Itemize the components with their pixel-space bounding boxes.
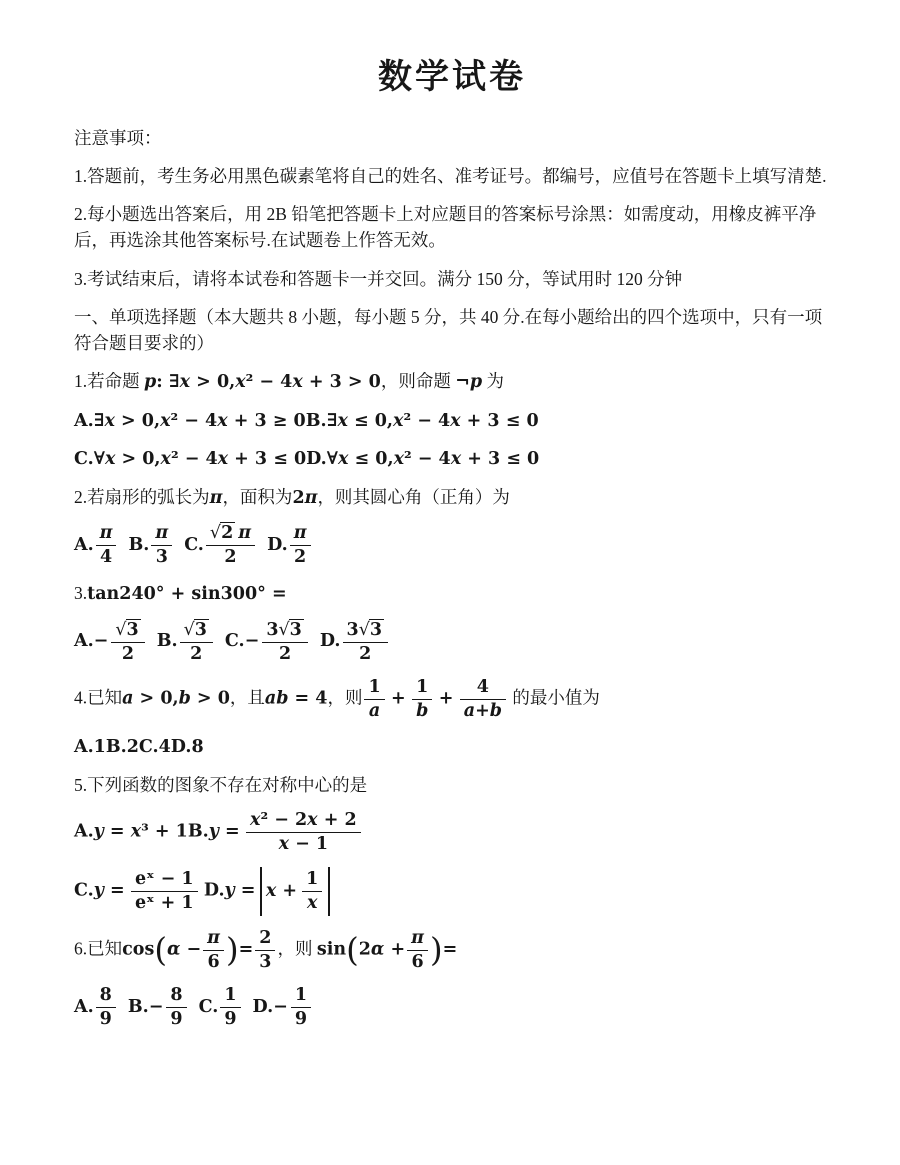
option-label: A.: [74, 997, 94, 1017]
minus-sign: −: [273, 997, 288, 1017]
q2-option-c: C.√2π2: [184, 534, 257, 554]
option-label: A.: [74, 535, 94, 555]
denominator: 2: [180, 643, 213, 665]
fraction: π6: [203, 928, 224, 973]
minus-sign: −: [245, 631, 260, 651]
q2-stem-text-post: ，则其圆心角（正角）为: [317, 487, 510, 507]
denominator: eˣ + 1: [131, 892, 197, 914]
q6-stem-text-mid: ，则: [277, 939, 312, 959]
q2-option-a: A.π4: [74, 534, 118, 554]
fraction: 1b: [412, 677, 432, 722]
abs-text: x +: [266, 878, 297, 904]
q1-stem-text: 1.若命题: [74, 371, 140, 391]
notice-item-2: 2.每小题选出答案后，用 2B 铅笔把答题卡上对应题目的答案标号涂黑：如需度动，…: [74, 201, 830, 254]
option-label: D.: [253, 997, 274, 1017]
radicand: 3: [126, 619, 141, 640]
denominator: 9: [166, 1008, 186, 1030]
q3-option-a: A.−√32: [74, 630, 147, 650]
numerator: 8: [96, 985, 116, 1008]
numerator: x² − 2x + 2: [246, 810, 361, 833]
fraction: 19: [220, 985, 240, 1030]
denominator: b: [412, 700, 432, 722]
numerator: √3: [180, 620, 213, 643]
numerator-text: 3: [266, 620, 278, 640]
numerator: π: [151, 523, 172, 546]
q2-stem-pi: π: [210, 488, 223, 508]
denominator: 3: [255, 951, 275, 973]
question-5-options-ab: A.y = x³ + 1B.y = x² − 2x + 2x − 1: [74, 810, 830, 855]
minus-sign: −: [94, 631, 109, 651]
denominator: 3: [151, 546, 172, 568]
numerator: 4: [460, 677, 506, 700]
question-5-stem: 5.下列函数的图象不存在对称中心的是: [74, 772, 830, 798]
section-1-heading: 一、单项选择题（本大题共 8 小题，每小题 5 分，共 40 分.在每小题给出的…: [74, 304, 830, 357]
q2-stem-text-mid: ，面积为: [222, 487, 292, 507]
q3-stem-formula: tan240° + sin300° =: [87, 584, 287, 604]
option-label: D.: [267, 535, 288, 555]
q4-stem-conditions: a > 0,b > 0: [122, 688, 230, 708]
denominator: 9: [220, 1008, 240, 1030]
denominator: 2: [290, 546, 311, 568]
q2-stem-2pi: 2π: [292, 488, 317, 508]
option-label: C.: [184, 535, 204, 555]
exam-title: 数学试卷: [74, 56, 830, 99]
fraction: eˣ − 1eˣ + 1: [131, 869, 197, 914]
fraction: 3√32: [262, 620, 308, 665]
option-label: B.: [157, 631, 178, 651]
numerator: √2π: [206, 523, 255, 546]
fraction: 89: [166, 985, 186, 1030]
fraction: 23: [255, 928, 275, 973]
denominator: 6: [203, 951, 224, 973]
q2-stem-text: 2.若扇形的弧长为: [74, 487, 210, 507]
q6-alpha-minus: α −: [167, 940, 201, 960]
question-4-options: A.1B.2C.4D.8: [74, 734, 830, 760]
denominator: 4: [96, 546, 117, 568]
radicand: 3: [194, 619, 209, 640]
left-paren: (: [346, 931, 359, 969]
question-5-options-cd: C.y = eˣ − 1eˣ + 1 D.y = x +1x: [74, 867, 830, 916]
denominator: a+b: [460, 700, 506, 722]
fraction: 1a: [364, 677, 384, 722]
numerator: 2: [255, 928, 275, 951]
denominator: 2: [111, 643, 144, 665]
denominator: x − 1: [246, 833, 361, 855]
plus-sign: +: [439, 688, 454, 708]
question-2-options: A.π4B.π3C.√2π2D.π2: [74, 523, 830, 568]
q4-stem-text-mid2: ，则: [327, 687, 362, 707]
question-6-stem: 6.已知cos(α −π6)=23，则 sin(2α +π6)=: [74, 928, 830, 973]
fraction: π6: [407, 928, 428, 973]
numerator: 1: [412, 677, 432, 700]
option-label: C.: [225, 631, 245, 651]
fraction: π3: [151, 523, 172, 568]
radical-sign: √: [115, 620, 126, 640]
q1-stem-text-post: 为: [487, 371, 505, 391]
numerator: 3√3: [262, 620, 308, 643]
option-label: C.: [199, 997, 219, 1017]
q3-option-b: B.√32: [157, 630, 215, 650]
right-paren: ): [226, 931, 239, 969]
fraction: √2π2: [206, 523, 255, 568]
denominator: 9: [291, 1008, 311, 1030]
q3-option-c: C.−3√32: [225, 630, 310, 650]
numerator: π: [96, 523, 117, 546]
q5-options-ab-text: A.y = x³ + 1B.y =: [74, 822, 240, 842]
radicand: 3: [289, 619, 304, 640]
denominator: 2: [262, 643, 308, 665]
q3-stem-number: 3.: [74, 583, 87, 603]
plus-sign: +: [391, 688, 406, 708]
notice-item-3: 3.考试结束后，请将本试卷和答题卡一并交回。满分 150 分，等试用时 120 …: [74, 266, 830, 292]
exam-sheet: 数学试卷 注意事项： 1.答题前，考生务必用黑色碳素笔将自己的姓名、准考证号。都…: [0, 0, 900, 1030]
q1-stem-text-mid: ，则命题: [381, 371, 451, 391]
numerator: π: [290, 523, 311, 546]
numerator: eˣ − 1: [131, 869, 197, 892]
numerator: 8: [166, 985, 186, 1008]
radical-sign: √: [279, 620, 290, 640]
question-3-options: A.−√32B.√32C.−3√32D.3√32: [74, 620, 830, 665]
question-6-options: A.89B.−89C.19D.−19: [74, 985, 830, 1030]
numerator: 3√3: [343, 620, 389, 643]
q5-option-c-text: C.y =: [74, 881, 125, 901]
q6-2alpha-plus: 2α +: [359, 940, 405, 960]
q1-stem-formula: p: ∃x > 0,x² − 4x + 3 > 0: [144, 372, 381, 392]
q6-option-d: D.−19: [253, 996, 314, 1016]
fraction: 4a+b: [460, 677, 506, 722]
denominator: 2: [343, 643, 389, 665]
fraction: π2: [290, 523, 311, 568]
numerator: π: [203, 928, 224, 951]
question-2-stem: 2.若扇形的弧长为π，面积为2π，则其圆心角（正角）为: [74, 484, 830, 511]
fraction: 1x: [302, 869, 322, 914]
radicand: 2: [220, 522, 235, 543]
q2-option-d: D.π2: [267, 534, 312, 554]
numerator: 1: [291, 985, 311, 1008]
q2-option-b: B.π3: [128, 534, 174, 554]
q4-stem-text-mid1: ，且: [230, 687, 265, 707]
q6-option-a: A.89: [74, 996, 118, 1016]
q4-stem-ab: ab = 4: [265, 688, 328, 708]
question-1-options-ab: A.∃x > 0,x² − 4x + 3 ≥ 0B.∃x ≤ 0,x² − 4x…: [74, 408, 830, 434]
fraction: 89: [96, 985, 116, 1030]
q6-sin: sin: [317, 940, 346, 960]
numerator-text: π: [238, 523, 251, 543]
q5-option-d-text: D.y =: [204, 881, 256, 901]
numerator-text: 3: [347, 620, 359, 640]
minus-sign: −: [149, 997, 164, 1017]
left-paren: (: [154, 931, 167, 969]
radicand: 3: [369, 619, 384, 640]
numerator: √3: [111, 620, 144, 643]
option-label: B.: [128, 997, 149, 1017]
option-label: D.: [320, 631, 341, 651]
q4-stem-text-post: 的最小值为: [512, 687, 600, 707]
q6-option-b: B.−89: [128, 996, 189, 1016]
notice-heading: 注意事项：: [74, 125, 830, 151]
right-paren: ): [430, 931, 443, 969]
fraction: x² − 2x + 2x − 1: [246, 810, 361, 855]
q6-cos: cos: [122, 940, 154, 960]
denominator: 6: [407, 951, 428, 973]
denominator: x: [302, 892, 322, 914]
q1-stem-negation: ¬p: [455, 372, 482, 392]
q6-option-c: C.19: [199, 996, 243, 1016]
numerator: 1: [302, 869, 322, 892]
numerator: 1: [364, 677, 384, 700]
denominator: a: [364, 700, 384, 722]
denominator: 2: [206, 546, 255, 568]
numerator: 1: [220, 985, 240, 1008]
question-1-options-cd: C.∀x > 0,x² − 4x + 3 ≤ 0D.∀x ≤ 0,x² − 4x…: [74, 446, 830, 472]
fraction: 3√32: [343, 620, 389, 665]
option-label: A.: [74, 631, 94, 651]
fraction: √32: [111, 620, 144, 665]
fraction: √32: [180, 620, 213, 665]
option-label: B.: [128, 535, 149, 555]
fraction: 19: [291, 985, 311, 1030]
equals-sign: =: [239, 940, 254, 960]
question-4-stem: 4.已知a > 0,b > 0，且ab = 4，则1a + 1b + 4a+b …: [74, 677, 830, 722]
question-3-stem: 3.tan240° + sin300° =: [74, 580, 830, 607]
absolute-value-group: x +1x: [260, 867, 330, 916]
fraction: π4: [96, 523, 117, 568]
equals-sign: =: [443, 940, 458, 960]
q6-stem-text: 6.已知: [74, 939, 122, 959]
q3-option-d: D.3√32: [320, 630, 390, 650]
notice-item-1: 1.答题前，考生务必用黑色碳素笔将自己的姓名、准考证号。都编号，应值号在答题卡上…: [74, 163, 830, 189]
denominator: 9: [96, 1008, 116, 1030]
q4-stem-text: 4.已知: [74, 687, 122, 707]
numerator: π: [407, 928, 428, 951]
question-1-stem: 1.若命题 p: ∃x > 0,x² − 4x + 3 > 0，则命题 ¬p 为: [74, 368, 830, 395]
